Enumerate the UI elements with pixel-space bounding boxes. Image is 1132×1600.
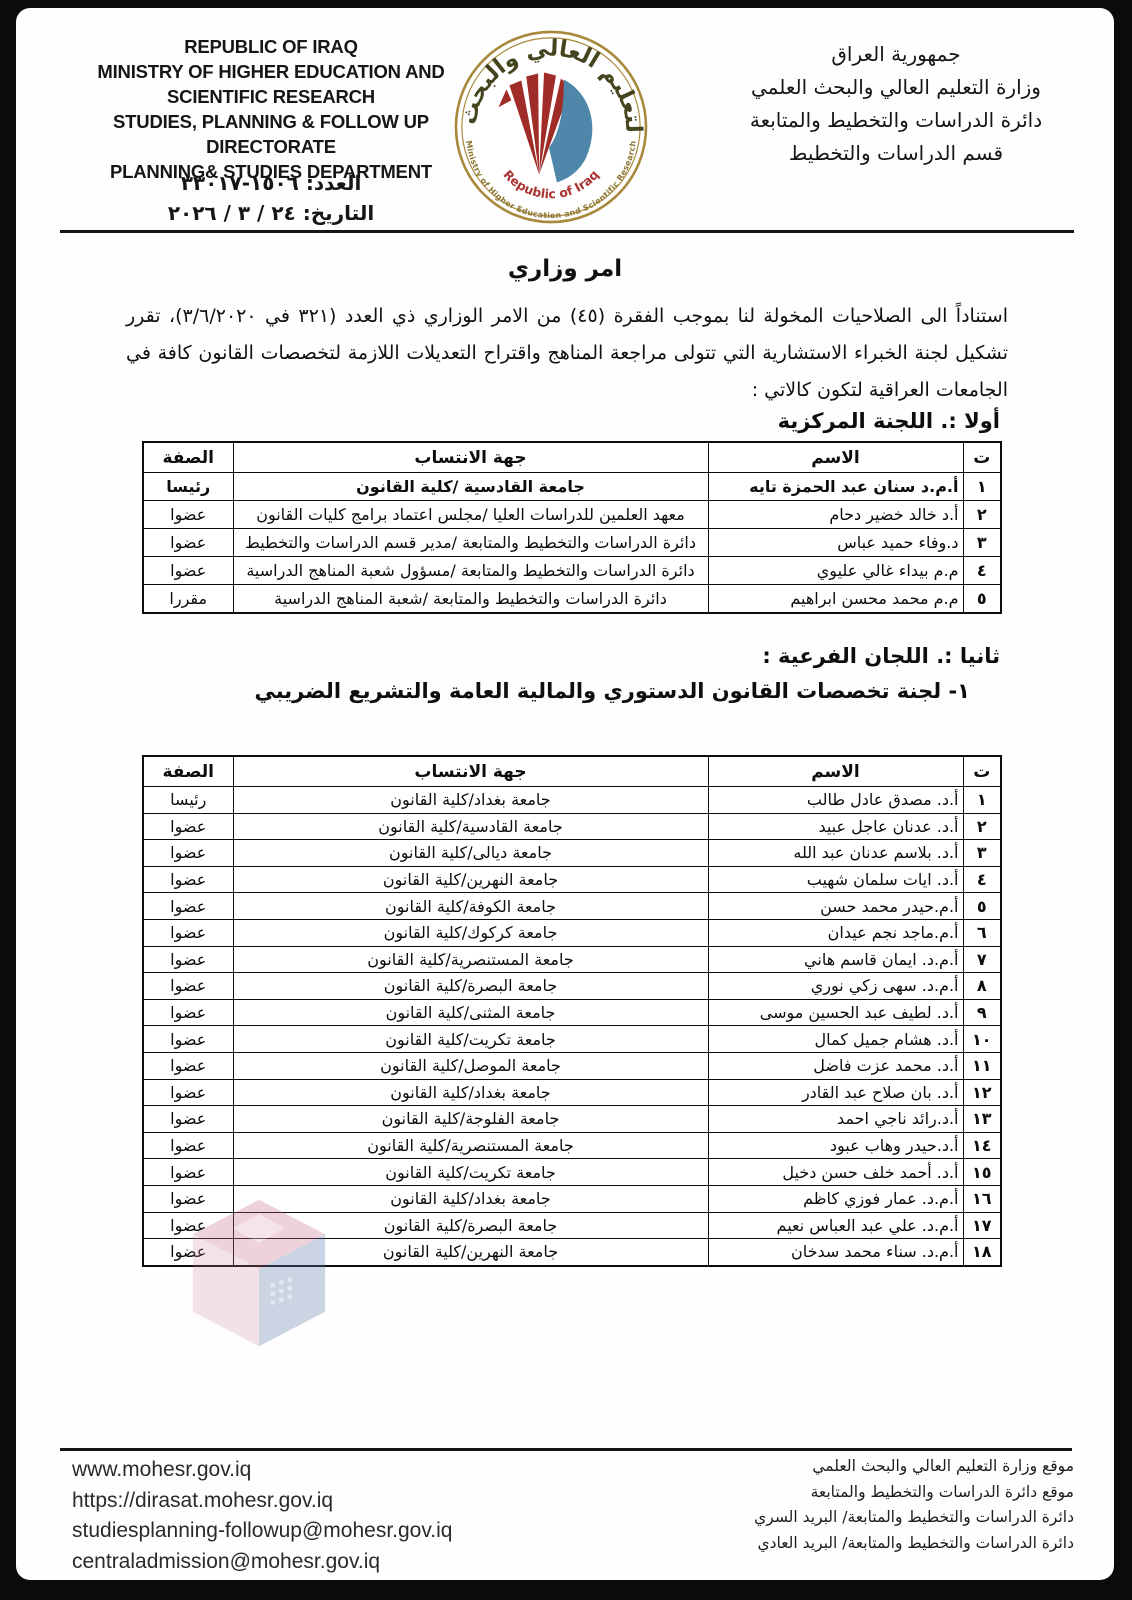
name-cell: م.م محمد محسن ابراهيم xyxy=(708,585,963,614)
affiliation-cell: جامعة المثنى/كلية القانون xyxy=(233,999,708,1026)
name-cell: أ.م.د. علي عبد العباس نعيم xyxy=(708,1212,963,1239)
header-english-line: STUDIES, PLANNING & FOLLOW UP xyxy=(74,109,468,134)
name-cell: د.وفاء حميد عباس xyxy=(708,529,963,557)
name-cell: أ.د. أحمد خلف حسن دخيل xyxy=(708,1159,963,1186)
section2-subheading: ١- لجنة تخصصات القانون الدستوري والمالية… xyxy=(128,679,1000,703)
row-number-cell: ١٠ xyxy=(963,1026,1001,1053)
footer-divider-line xyxy=(60,1448,1072,1451)
row-number-cell: ٥ xyxy=(963,893,1001,920)
footer-website-link[interactable]: www.mohesr.gov.iq xyxy=(72,1455,592,1486)
role-cell: عضوا xyxy=(143,893,233,920)
table-row: ٤أ.د. ايات سلمان شهيبجامعة النهرين/كلية … xyxy=(143,866,1001,893)
header-arabic-line: جمهورية العراق xyxy=(700,38,1092,71)
document-title: امر وزاري xyxy=(16,256,1114,282)
column-header: الاسم xyxy=(708,442,963,473)
row-number-cell: ٢ xyxy=(963,813,1001,840)
role-cell: عضوا xyxy=(143,1106,233,1133)
affiliation-cell: جامعة تكريت/كلية القانون xyxy=(233,1159,708,1186)
row-number-cell: ١ xyxy=(963,473,1001,501)
affiliation-cell: جامعة الكوفة/كلية القانون xyxy=(233,893,708,920)
document-date: التاريخ: ٢٤ / ٣ / ٢٠٢٦ xyxy=(74,201,468,225)
name-cell: أ.د. محمد عزت فاضل xyxy=(708,1052,963,1079)
row-number-cell: ٦ xyxy=(963,919,1001,946)
row-number-cell: ١١ xyxy=(963,1052,1001,1079)
table-row: ٨أ.م.د. سهى زكي نوريجامعة البصرة/كلية ال… xyxy=(143,973,1001,1000)
name-cell: أ.د. بلاسم عدنان عبد الله xyxy=(708,840,963,867)
footer-links-block: www.mohesr.gov.iq https://dirasat.mohesr… xyxy=(72,1455,592,1577)
name-cell: أ.د. لطيف عبد الحسين موسى xyxy=(708,999,963,1026)
name-cell: م.م بيداء غالي عليوي xyxy=(708,557,963,585)
role-cell: عضوا xyxy=(143,501,233,529)
column-header: ت xyxy=(963,442,1001,473)
affiliation-cell: دائرة الدراسات والتخطيط والمتابعة /مدير … xyxy=(233,529,708,557)
affiliation-cell: جامعة الموصل/كلية القانون xyxy=(233,1052,708,1079)
document-page: REPUBLIC OF IRAQ MINISTRY OF HIGHER EDUC… xyxy=(16,8,1114,1580)
footer-arabic-line: دائرة الدراسات والتخطيط والمتابعة/ البري… xyxy=(614,1531,1074,1557)
header-arabic-line: دائرة الدراسات والتخطيط والمتابعة xyxy=(700,104,1092,137)
header-arabic-line: وزارة التعليم العالي والبحث العلمي xyxy=(700,71,1092,104)
table-row: ٥أ.م.حيدر محمد حسنجامعة الكوفة/كلية القا… xyxy=(143,893,1001,920)
role-cell: عضوا xyxy=(143,919,233,946)
footer-website-link[interactable]: https://dirasat.mohesr.gov.iq xyxy=(72,1486,592,1517)
column-header: جهة الانتساب xyxy=(233,756,708,787)
row-number-cell: ١٨ xyxy=(963,1239,1001,1266)
column-header: الصفة xyxy=(143,442,233,473)
name-cell: أ.د. ايات سلمان شهيب xyxy=(708,866,963,893)
role-cell: عضوا xyxy=(143,1159,233,1186)
header-divider-line xyxy=(60,230,1074,233)
row-number-cell: ٤ xyxy=(963,557,1001,585)
row-number-cell: ٨ xyxy=(963,973,1001,1000)
affiliation-cell: جامعة الفلوجة/كلية القانون xyxy=(233,1106,708,1133)
name-cell: أ.م.د. عمار فوزي كاظم xyxy=(708,1185,963,1212)
table-row: ٢أ.د خالد خضير دحاممعهد العلمين للدراسات… xyxy=(143,501,1001,529)
footer-arabic-line: دائرة الدراسات والتخطيط والمتابعة/ البري… xyxy=(614,1505,1074,1531)
affiliation-cell: جامعة القادسية/كلية القانون xyxy=(233,813,708,840)
footer-email-link[interactable]: centraladmission@mohesr.gov.iq xyxy=(72,1547,592,1578)
role-cell: عضوا xyxy=(143,999,233,1026)
column-header: الاسم xyxy=(708,756,963,787)
row-number-cell: ١٥ xyxy=(963,1159,1001,1186)
header-english-block: REPUBLIC OF IRAQ MINISTRY OF HIGHER EDUC… xyxy=(74,34,468,184)
table-row: ٣أ.د. بلاسم عدنان عبد اللهجامعة ديالى/كل… xyxy=(143,840,1001,867)
affiliation-cell: دائرة الدراسات والتخطيط والمتابعة /مسؤول… xyxy=(233,557,708,585)
table-row: ٧أ.م.د. ايمان قاسم هانيجامعة المستنصرية/… xyxy=(143,946,1001,973)
name-cell: أ.م.د. سناء محمد سدخان xyxy=(708,1239,963,1266)
affiliation-cell: جامعة النهرين/كلية القانون xyxy=(233,866,708,893)
name-cell: أ.د. بان صلاح عبد القادر xyxy=(708,1079,963,1106)
footer-arabic-block: موقع وزارة التعليم العالي والبحث العلمي … xyxy=(614,1454,1074,1556)
footer-email-link[interactable]: studiesplanning-followup@mohesr.gov.iq xyxy=(72,1516,592,1547)
affiliation-cell: دائرة الدراسات والتخطيط والمتابعة /شعبة … xyxy=(233,585,708,614)
role-cell: عضوا xyxy=(143,1052,233,1079)
row-number-cell: ١٤ xyxy=(963,1132,1001,1159)
affiliation-cell: معهد العلمين للدراسات العليا /مجلس اعتما… xyxy=(233,501,708,529)
name-cell: أ.د.حيدر وهاب عبود xyxy=(708,1132,963,1159)
header-arabic-block: جمهورية العراق وزارة التعليم العالي والب… xyxy=(700,38,1092,170)
row-number-cell: ٣ xyxy=(963,529,1001,557)
role-cell: عضوا xyxy=(143,529,233,557)
table-row: ١١أ.د. محمد عزت فاضلجامعة الموصل/كلية ال… xyxy=(143,1052,1001,1079)
affiliation-cell: جامعة بغداد/كلية القانون xyxy=(233,787,708,814)
name-cell: أ.م.حيدر محمد حسن xyxy=(708,893,963,920)
header-english-line: REPUBLIC OF IRAQ xyxy=(74,34,468,59)
table-row: ٤م.م بيداء غالي عليويدائرة الدراسات والت… xyxy=(143,557,1001,585)
table-row: ١أ.د. مصدق عادل طالبجامعة بغداد/كلية الق… xyxy=(143,787,1001,814)
ministry-seal-logo: وزارة التعليم العالي والبحث العلمي Repub… xyxy=(452,28,650,226)
table-row: ١٤أ.د.حيدر وهاب عبودجامعة المستنصرية/كلي… xyxy=(143,1132,1001,1159)
table-row: ١٢أ.د. بان صلاح عبد القادرجامعة بغداد/كل… xyxy=(143,1079,1001,1106)
column-header: ت xyxy=(963,756,1001,787)
name-cell: أ.م.د. سهى زكي نوري xyxy=(708,973,963,1000)
role-cell: مقررا xyxy=(143,585,233,614)
role-cell: عضوا xyxy=(143,946,233,973)
table-row: ٦أ.م.ماجد نجم عيدانجامعة كركوك/كلية القا… xyxy=(143,919,1001,946)
role-cell: عضوا xyxy=(143,1132,233,1159)
header-english-line: MINISTRY OF HIGHER EDUCATION AND xyxy=(74,59,468,84)
name-cell: أ.د.رائد ناجي احمد xyxy=(708,1106,963,1133)
row-number-cell: ٥ xyxy=(963,585,1001,614)
subcommittee-table: تالاسمجهة الانتسابالصفة ١أ.د. مصدق عادل … xyxy=(142,755,1002,1267)
header-arabic-line: قسم الدراسات والتخطيط xyxy=(700,137,1092,170)
role-cell: عضوا xyxy=(143,557,233,585)
table-row: ١٥أ.د. أحمد خلف حسن دخيلجامعة تكريت/كلية… xyxy=(143,1159,1001,1186)
role-cell: عضوا xyxy=(143,973,233,1000)
header-english-line: DIRECTORATE xyxy=(74,134,468,159)
header-english-line: SCIENTIFIC RESEARCH xyxy=(74,84,468,109)
role-cell: عضوا xyxy=(143,840,233,867)
column-header: الصفة xyxy=(143,756,233,787)
name-cell: أ.د. عدنان عاجل عبيد xyxy=(708,813,963,840)
ballot-box-watermark xyxy=(168,1194,350,1352)
table-header-row: تالاسمجهة الانتسابالصفة xyxy=(143,756,1001,787)
row-number-cell: ٩ xyxy=(963,999,1001,1026)
role-cell: عضوا xyxy=(143,813,233,840)
row-number-cell: ٢ xyxy=(963,501,1001,529)
table-row: ١٠أ.د. هشام جميل كمالجامعة تكريت/كلية ال… xyxy=(143,1026,1001,1053)
footer-arabic-line: موقع وزارة التعليم العالي والبحث العلمي xyxy=(614,1454,1074,1480)
role-cell: عضوا xyxy=(143,1026,233,1053)
row-number-cell: ١٢ xyxy=(963,1079,1001,1106)
name-cell: أ.م.ماجد نجم عيدان xyxy=(708,919,963,946)
name-cell: أ.د. مصدق عادل طالب xyxy=(708,787,963,814)
affiliation-cell: جامعة كركوك/كلية القانون xyxy=(233,919,708,946)
table-row: ١٣أ.د.رائد ناجي احمدجامعة الفلوجة/كلية ا… xyxy=(143,1106,1001,1133)
row-number-cell: ٧ xyxy=(963,946,1001,973)
row-number-cell: ٤ xyxy=(963,866,1001,893)
central-committee-table: تالاسمجهة الانتسابالصفة ١أ.م.د سنان عبد … xyxy=(142,441,1002,614)
row-number-cell: ١٦ xyxy=(963,1185,1001,1212)
section1-heading: أولا :. اللجنة المركزية xyxy=(128,409,1000,433)
role-cell: عضوا xyxy=(143,866,233,893)
table-header-row: تالاسمجهة الانتسابالصفة xyxy=(143,442,1001,473)
affiliation-cell: جامعة البصرة/كلية القانون xyxy=(233,973,708,1000)
table-row: ١أ.م.د سنان عبد الحمزة تايهجامعة القادسي… xyxy=(143,473,1001,501)
affiliation-cell: جامعة القادسية /كلية القانون xyxy=(233,473,708,501)
affiliation-cell: جامعة المستنصرية/كلية القانون xyxy=(233,946,708,973)
table-row: ٣د.وفاء حميد عباسدائرة الدراسات والتخطيط… xyxy=(143,529,1001,557)
scanned-document-screenshot: { "page": { "header": { "english_lines":… xyxy=(0,0,1132,1600)
role-cell: رئيسا xyxy=(143,473,233,501)
name-cell: أ.د خالد خضير دحام xyxy=(708,501,963,529)
body-paragraph: استناداً الى الصلاحيات المخولة لنا بموجب… xyxy=(126,298,1008,409)
role-cell: رئيسا xyxy=(143,787,233,814)
affiliation-cell: جامعة المستنصرية/كلية القانون xyxy=(233,1132,708,1159)
name-cell: أ.د. هشام جميل كمال xyxy=(708,1026,963,1053)
section2-heading: ثانيا :. اللجان الفرعية : xyxy=(128,644,1000,668)
table-row: ٩أ.د. لطيف عبد الحسين موسىجامعة المثنى/ك… xyxy=(143,999,1001,1026)
document-number: العدد: ١٥٠٦-٣٣٠١٧ xyxy=(74,171,468,195)
footer-arabic-line: موقع دائرة الدراسات والتخطيط والمتابعة xyxy=(614,1480,1074,1506)
column-header: جهة الانتساب xyxy=(233,442,708,473)
row-number-cell: ٣ xyxy=(963,840,1001,867)
row-number-cell: ١ xyxy=(963,787,1001,814)
row-number-cell: ١٣ xyxy=(963,1106,1001,1133)
affiliation-cell: جامعة بغداد/كلية القانون xyxy=(233,1079,708,1106)
affiliation-cell: جامعة ديالى/كلية القانون xyxy=(233,840,708,867)
table-row: ٥م.م محمد محسن ابراهيمدائرة الدراسات وال… xyxy=(143,585,1001,614)
row-number-cell: ١٧ xyxy=(963,1212,1001,1239)
role-cell: عضوا xyxy=(143,1079,233,1106)
name-cell: أ.م.د سنان عبد الحمزة تايه xyxy=(708,473,963,501)
table-row: ٢أ.د. عدنان عاجل عبيدجامعة القادسية/كلية… xyxy=(143,813,1001,840)
affiliation-cell: جامعة تكريت/كلية القانون xyxy=(233,1026,708,1053)
name-cell: أ.م.د. ايمان قاسم هاني xyxy=(708,946,963,973)
